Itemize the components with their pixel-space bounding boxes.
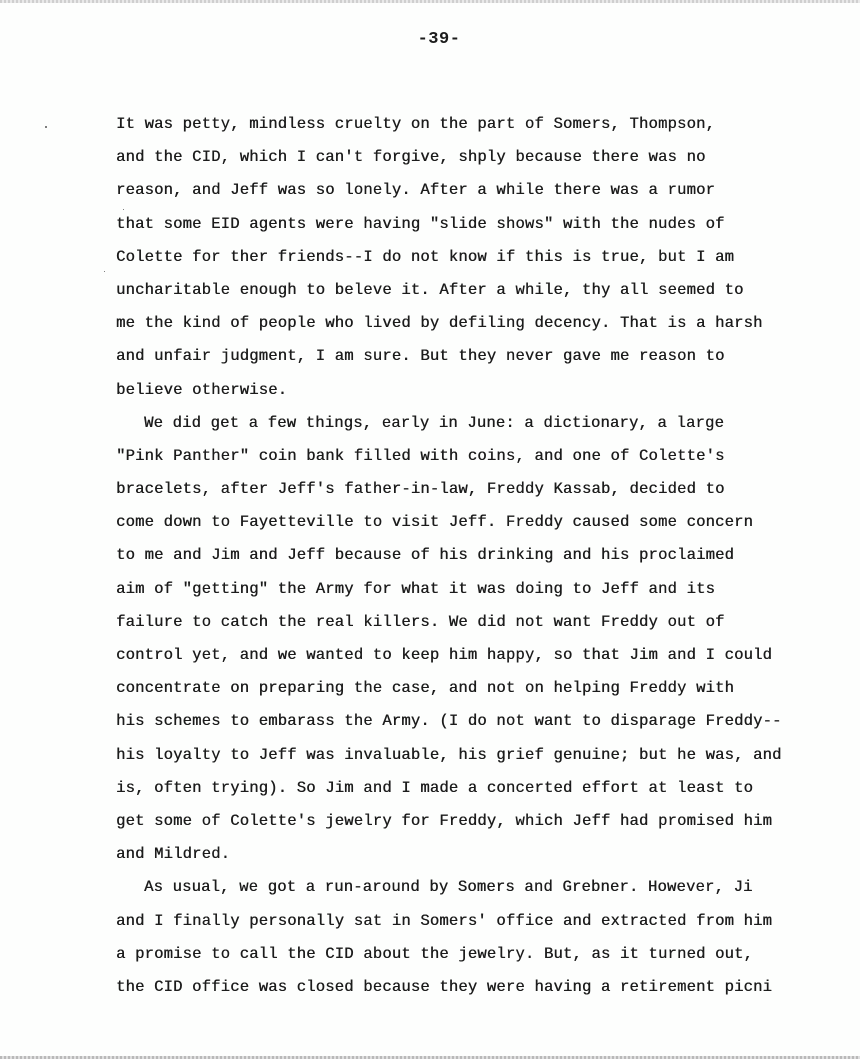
text-line: to me and Jim and Jeff because of his dr… — [116, 543, 856, 576]
text-line: and Mildred. — [116, 842, 856, 875]
text-line: and unfair judgment, I am sure. But they… — [116, 344, 856, 377]
scan-speck — [45, 126, 47, 128]
text-line: Colette for ther friends--I do not know … — [116, 245, 856, 278]
text-line: reason, and Jeff was so lonely. After a … — [116, 178, 856, 211]
text-line: a promise to call the CID about the jewe… — [116, 942, 856, 975]
page-number: -39- — [0, 30, 860, 49]
text-line: his loyalty to Jeff was invaluable, his … — [116, 743, 856, 776]
text-line: We did get a few things, early in June: … — [116, 411, 856, 444]
scan-speck — [104, 271, 105, 272]
text-line: It was petty, mindless cruelty on the pa… — [116, 112, 856, 145]
text-line: his schemes to embarass the Army. (I do … — [116, 709, 856, 742]
text-line: As usual, we got a run-around by Somers … — [116, 875, 856, 908]
document-body: It was petty, mindless cruelty on the pa… — [116, 112, 856, 1008]
text-line: bracelets, after Jeff's father-in-law, F… — [116, 477, 856, 510]
text-line: control yet, and we wanted to keep him h… — [116, 643, 856, 676]
text-line: concentrate on preparing the case, and n… — [116, 676, 856, 709]
text-line: failure to catch the real killers. We di… — [116, 610, 856, 643]
text-line: come down to Fayetteville to visit Jeff.… — [116, 510, 856, 543]
text-line: aim of "getting" the Army for what it wa… — [116, 577, 856, 610]
text-line: is, often trying). So Jim and I made a c… — [116, 776, 856, 809]
scan-top-edge — [0, 0, 860, 3]
text-line: the CID office was closed because they w… — [116, 975, 856, 1008]
text-line: believe otherwise. — [116, 378, 856, 411]
text-line: uncharitable enough to beleve it. After … — [116, 278, 856, 311]
text-line: and the CID, which I can't forgive, shpl… — [116, 145, 856, 178]
text-line: me the kind of people who lived by defil… — [116, 311, 856, 344]
text-line: that some EID agents were having "slide … — [116, 212, 856, 245]
text-line: and I finally personally sat in Somers' … — [116, 909, 856, 942]
text-line: "Pink Panther" coin bank filled with coi… — [116, 444, 856, 477]
text-line: get some of Colette's jewelry for Freddy… — [116, 809, 856, 842]
